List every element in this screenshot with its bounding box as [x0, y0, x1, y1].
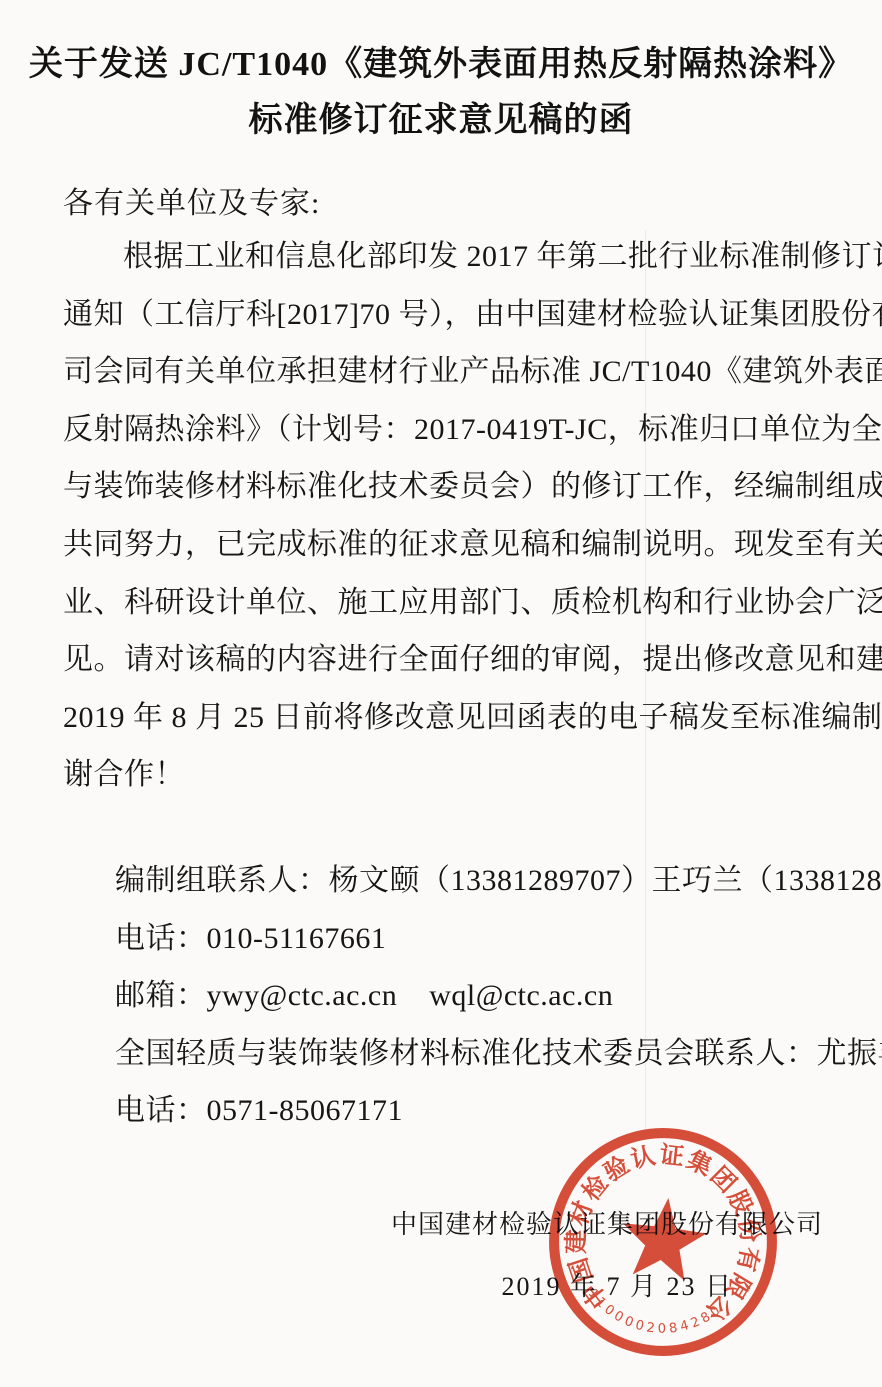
document-title-line2: 标准修订征求意见稿的函: [0, 92, 882, 141]
contact-editors: 编制组联系人：杨文颐（13381289707）王巧兰（13381289709）: [115, 852, 855, 910]
body-line: 根据工业和信息化部印发 2017 年第二批行业标准制修订计划的: [63, 228, 822, 286]
seal-star-icon: [617, 1193, 710, 1283]
body-paragraph: 根据工业和信息化部印发 2017 年第二批行业标准制修订计划的 通知（工信厅科[…: [63, 228, 822, 804]
document-title-line1: 关于发送 JC/T1040《建筑外表面用热反射隔热涂料》: [0, 36, 882, 85]
contact-phone-1: 电话：010-51167661: [115, 910, 855, 968]
letter-page: 关于发送 JC/T1040《建筑外表面用热反射隔热涂料》 标准修订征求意见稿的函…: [0, 0, 882, 1387]
body-line: 与装饰装修材料标准化技术委员会）的修订工作，经编制组成员单位: [63, 458, 822, 516]
contact-email: 邮箱：ywy@ctc.ac.cn wql@ctc.ac.cn: [115, 967, 855, 1025]
body-line: 通知（工信厅科[2017]70 号），由中国建材检验认证集团股份有限公: [63, 286, 822, 344]
body-line: 见。请对该稿的内容进行全面仔细的审阅，提出修改意见和建议，于: [63, 631, 822, 689]
body-line: 业、科研设计单位、施工应用部门、质检机构和行业协会广泛征求意: [63, 574, 822, 632]
contact-info-block: 编制组联系人：杨文颐（13381289707）王巧兰（13381289709） …: [115, 852, 855, 1140]
official-red-seal: 中国建材检验认证集团股份有限公司 1100002084280: [529, 1108, 796, 1375]
body-line: 谢合作！: [63, 746, 822, 804]
body-line: 司会同有关单位承担建材行业产品标准 JC/T1040《建筑外表面用热: [63, 343, 822, 401]
body-line: 反射隔热涂料》（计划号：2017-0419T-JC，标准归口单位为全国轻质: [63, 401, 822, 459]
body-line: 共同努力，已完成标准的征求意见稿和编制说明。现发至有关生产企: [63, 516, 822, 574]
salutation: 各有关单位及专家:: [63, 178, 320, 222]
contact-committee: 全国轻质与装饰装修材料标准化技术委员会联系人：尤振丰: [115, 1025, 855, 1083]
body-line: 2019 年 8 月 25 日前将修改意见回函表的电子稿发至标准编制组，谢: [63, 689, 822, 747]
scan-artifact-line: [645, 230, 646, 1130]
